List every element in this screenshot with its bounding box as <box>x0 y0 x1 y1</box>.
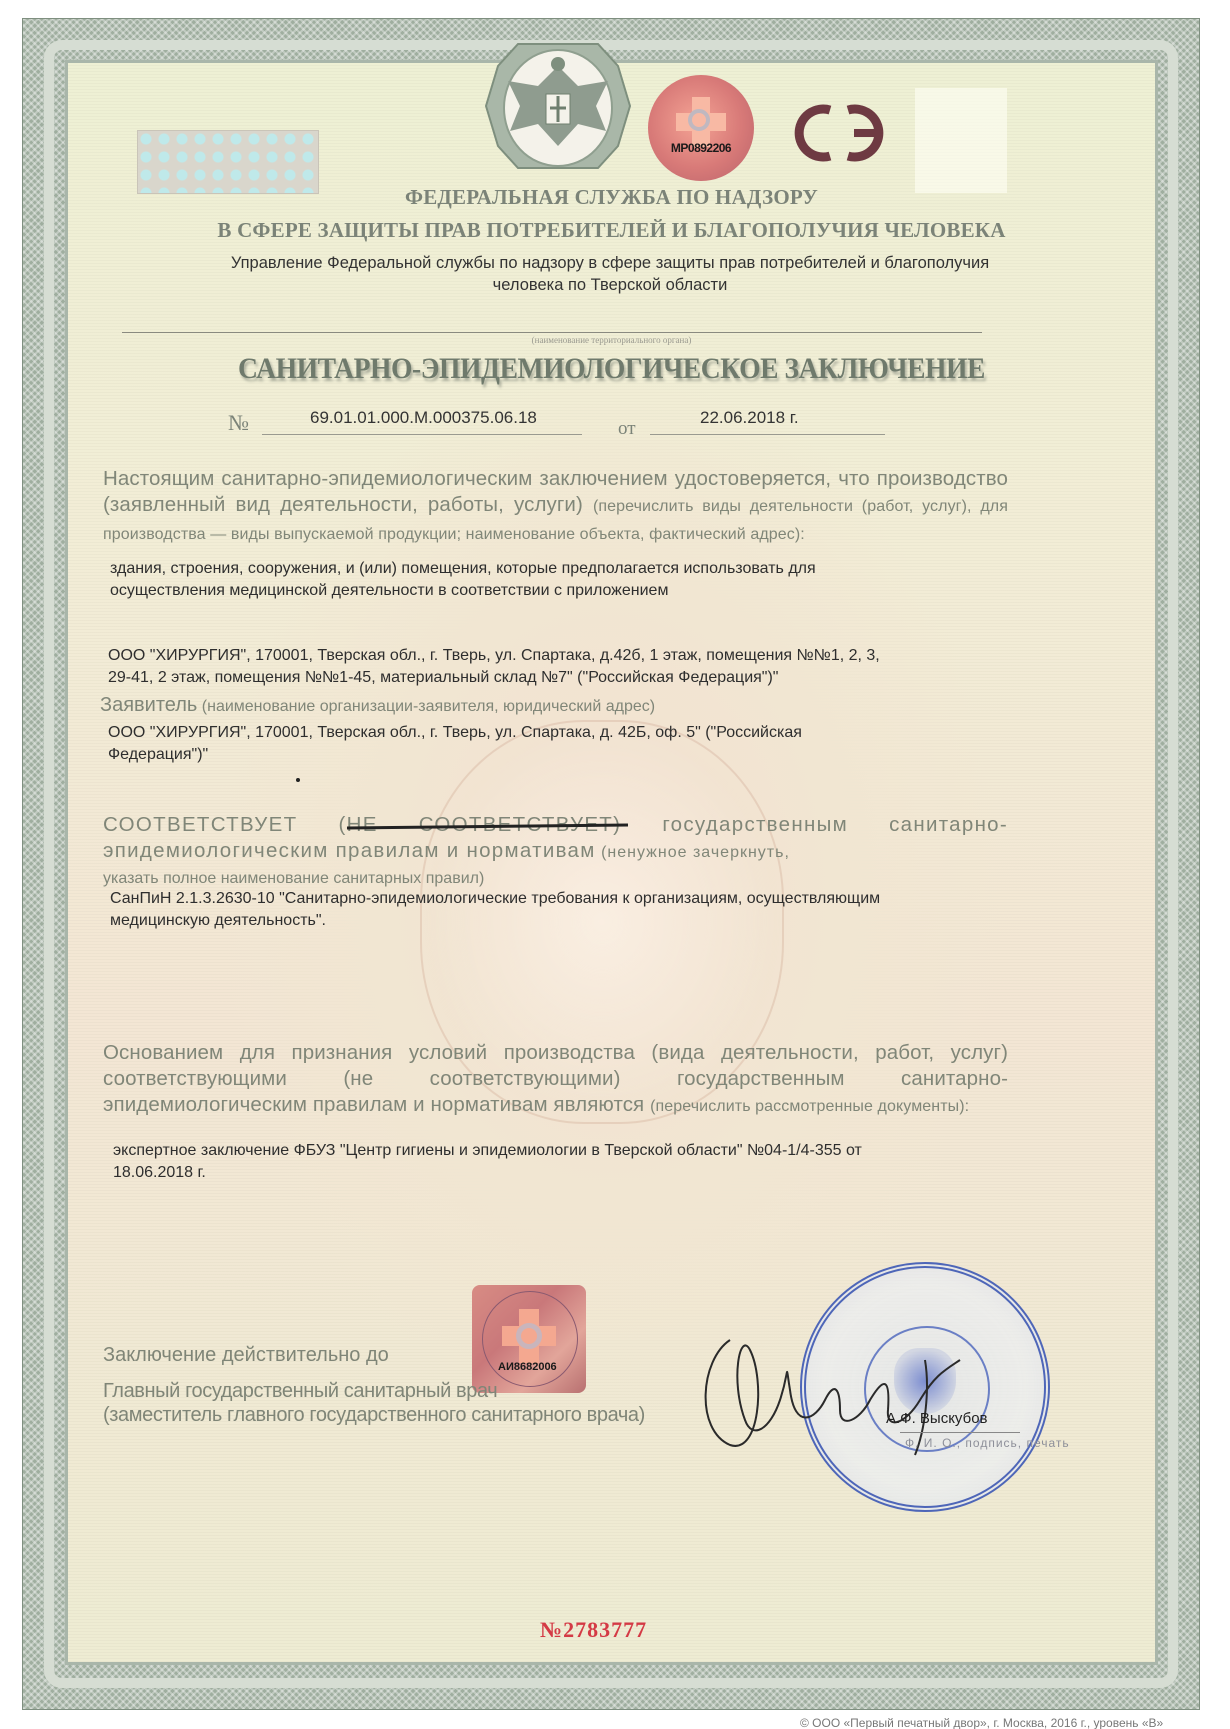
basis-hint: (перечислить рассмотренные документы): <box>650 1098 969 1115</box>
signer-caption: Ф. И. О., подпись, печать <box>905 1436 1070 1450</box>
date-label: от <box>618 418 636 440</box>
document-title: САНИТАРНО-ЭПИДЕМИОЛОГИЧЕСКОЕ ЗАКЛЮЧЕНИЕ <box>109 352 1115 386</box>
agency-title-line-2: В СФЕРЕ ЗАЩИТЫ ПРАВ ПОТРЕБИТЕЛЕЙ И БЛАГО… <box>65 218 1158 243</box>
valid-until-label: Заключение действительно до <box>103 1344 389 1367</box>
basis-documents: экспертное заключение ФБУЗ "Центр гигиен… <box>113 1140 1033 1184</box>
basis-doc-line-1: экспертное заключение ФБУЗ "Центр гигиен… <box>113 1140 1033 1162</box>
applicant-label: Заявитель <box>100 694 197 716</box>
chief-doctor-line-2: (заместитель главного государственного с… <box>103 1404 645 1427</box>
document-date: 22.06.2018 г. <box>700 408 799 428</box>
double-headed-eagle-emblem-icon <box>478 36 638 176</box>
territorial-body: Управление Федеральной службы по надзору… <box>110 252 1110 296</box>
basis-doc-line-2: 18.06.2018 г. <box>113 1162 1033 1184</box>
not-complies-struck: НЕ СООТВЕТСТВУЕТ) <box>347 813 622 836</box>
blank-area <box>915 88 1007 193</box>
applicant-address: ООО "ХИРУРГИЯ", 170001, Тверская обл., г… <box>108 722 1028 766</box>
applicant-hint: (наименование организации-заявителя, юри… <box>202 698 655 715</box>
territorial-body-line-2: человека по Тверской области <box>110 274 1110 296</box>
g-mark-icon <box>516 1323 542 1349</box>
activity-line-1: здания, строения, сооружения, и (или) по… <box>110 558 1030 580</box>
date-rule <box>650 434 885 435</box>
applicant-line-1: ООО "ХИРУРГИЯ", 170001, Тверская обл., г… <box>108 722 1028 744</box>
certification-lead: Настоящим санитарно-эпидемиологическим з… <box>103 466 1008 548</box>
compliance-hint-1: (ненужное зачеркнуть, <box>596 844 790 861</box>
hologram-top-number: MP0892206 <box>671 141 731 155</box>
signer-name: А.Ф. Выскубов <box>886 1410 988 1427</box>
signer-rule <box>900 1432 1020 1433</box>
activity-description: здания, строения, сооружения, и (или) по… <box>110 558 1030 602</box>
ink-dot <box>296 778 300 782</box>
g-mark-icon <box>688 109 710 131</box>
hologram-bottom-number: АИ8682006 <box>498 1361 557 1373</box>
object-line-1: ООО "ХИРУРГИЯ", 170001, Тверская обл., г… <box>108 645 1028 667</box>
chief-doctor-line-1: Главный государственный санитарный врач <box>103 1380 497 1403</box>
form-serial-number: №2783777 <box>540 1617 647 1643</box>
sanitary-rule: СанПиН 2.1.3.2630-10 "Санитарно-эпидемио… <box>110 888 1030 932</box>
basis-lead: Основанием для признания условий произво… <box>103 1040 1008 1120</box>
number-rule <box>262 434 582 435</box>
applicant-line-2: Федерация")" <box>108 744 1028 766</box>
rule-line-1: СанПиН 2.1.3.2630-10 "Санитарно-эпидемио… <box>110 888 1030 910</box>
object-line-2: 29-41, 2 этаж, помещения №№1-45, материа… <box>108 667 1028 689</box>
territorial-body-line-1: Управление Федеральной службы по надзору… <box>110 252 1110 274</box>
printer-footer: © ООО «Первый печатный двор», г. Москва,… <box>800 1716 1163 1729</box>
compliance-statement: СООТВЕТСТВУЕТ (НЕ СООТВЕТСТВУЕТ) государ… <box>103 812 1008 892</box>
rule-line-2: медицинскую деятельность". <box>110 910 1030 932</box>
document-number: 69.01.01.000.М.000375.06.18 <box>310 408 537 428</box>
applicant-heading: Заявитель (наименование организации-заяв… <box>100 694 1005 717</box>
hologram-top: MP0892206 <box>648 75 754 181</box>
object-address: ООО "ХИРУРГИЯ", 170001, Тверская обл., г… <box>108 645 1028 689</box>
complies-text: СООТВЕТСТВУЕТ ( <box>103 813 347 836</box>
hologram-bottom: АИ8682006 <box>472 1285 586 1393</box>
territorial-caption: (наименование территориального органа) <box>65 335 1158 345</box>
se-logo-icon <box>792 100 892 166</box>
agency-title-line-1: ФЕДЕРАЛЬНАЯ СЛУЖБА ПО НАДЗОРУ <box>65 185 1158 210</box>
number-label: № <box>228 410 249 436</box>
activity-line-2: осуществления медицинской деятельности в… <box>110 580 1030 602</box>
territorial-rule <box>122 332 982 333</box>
